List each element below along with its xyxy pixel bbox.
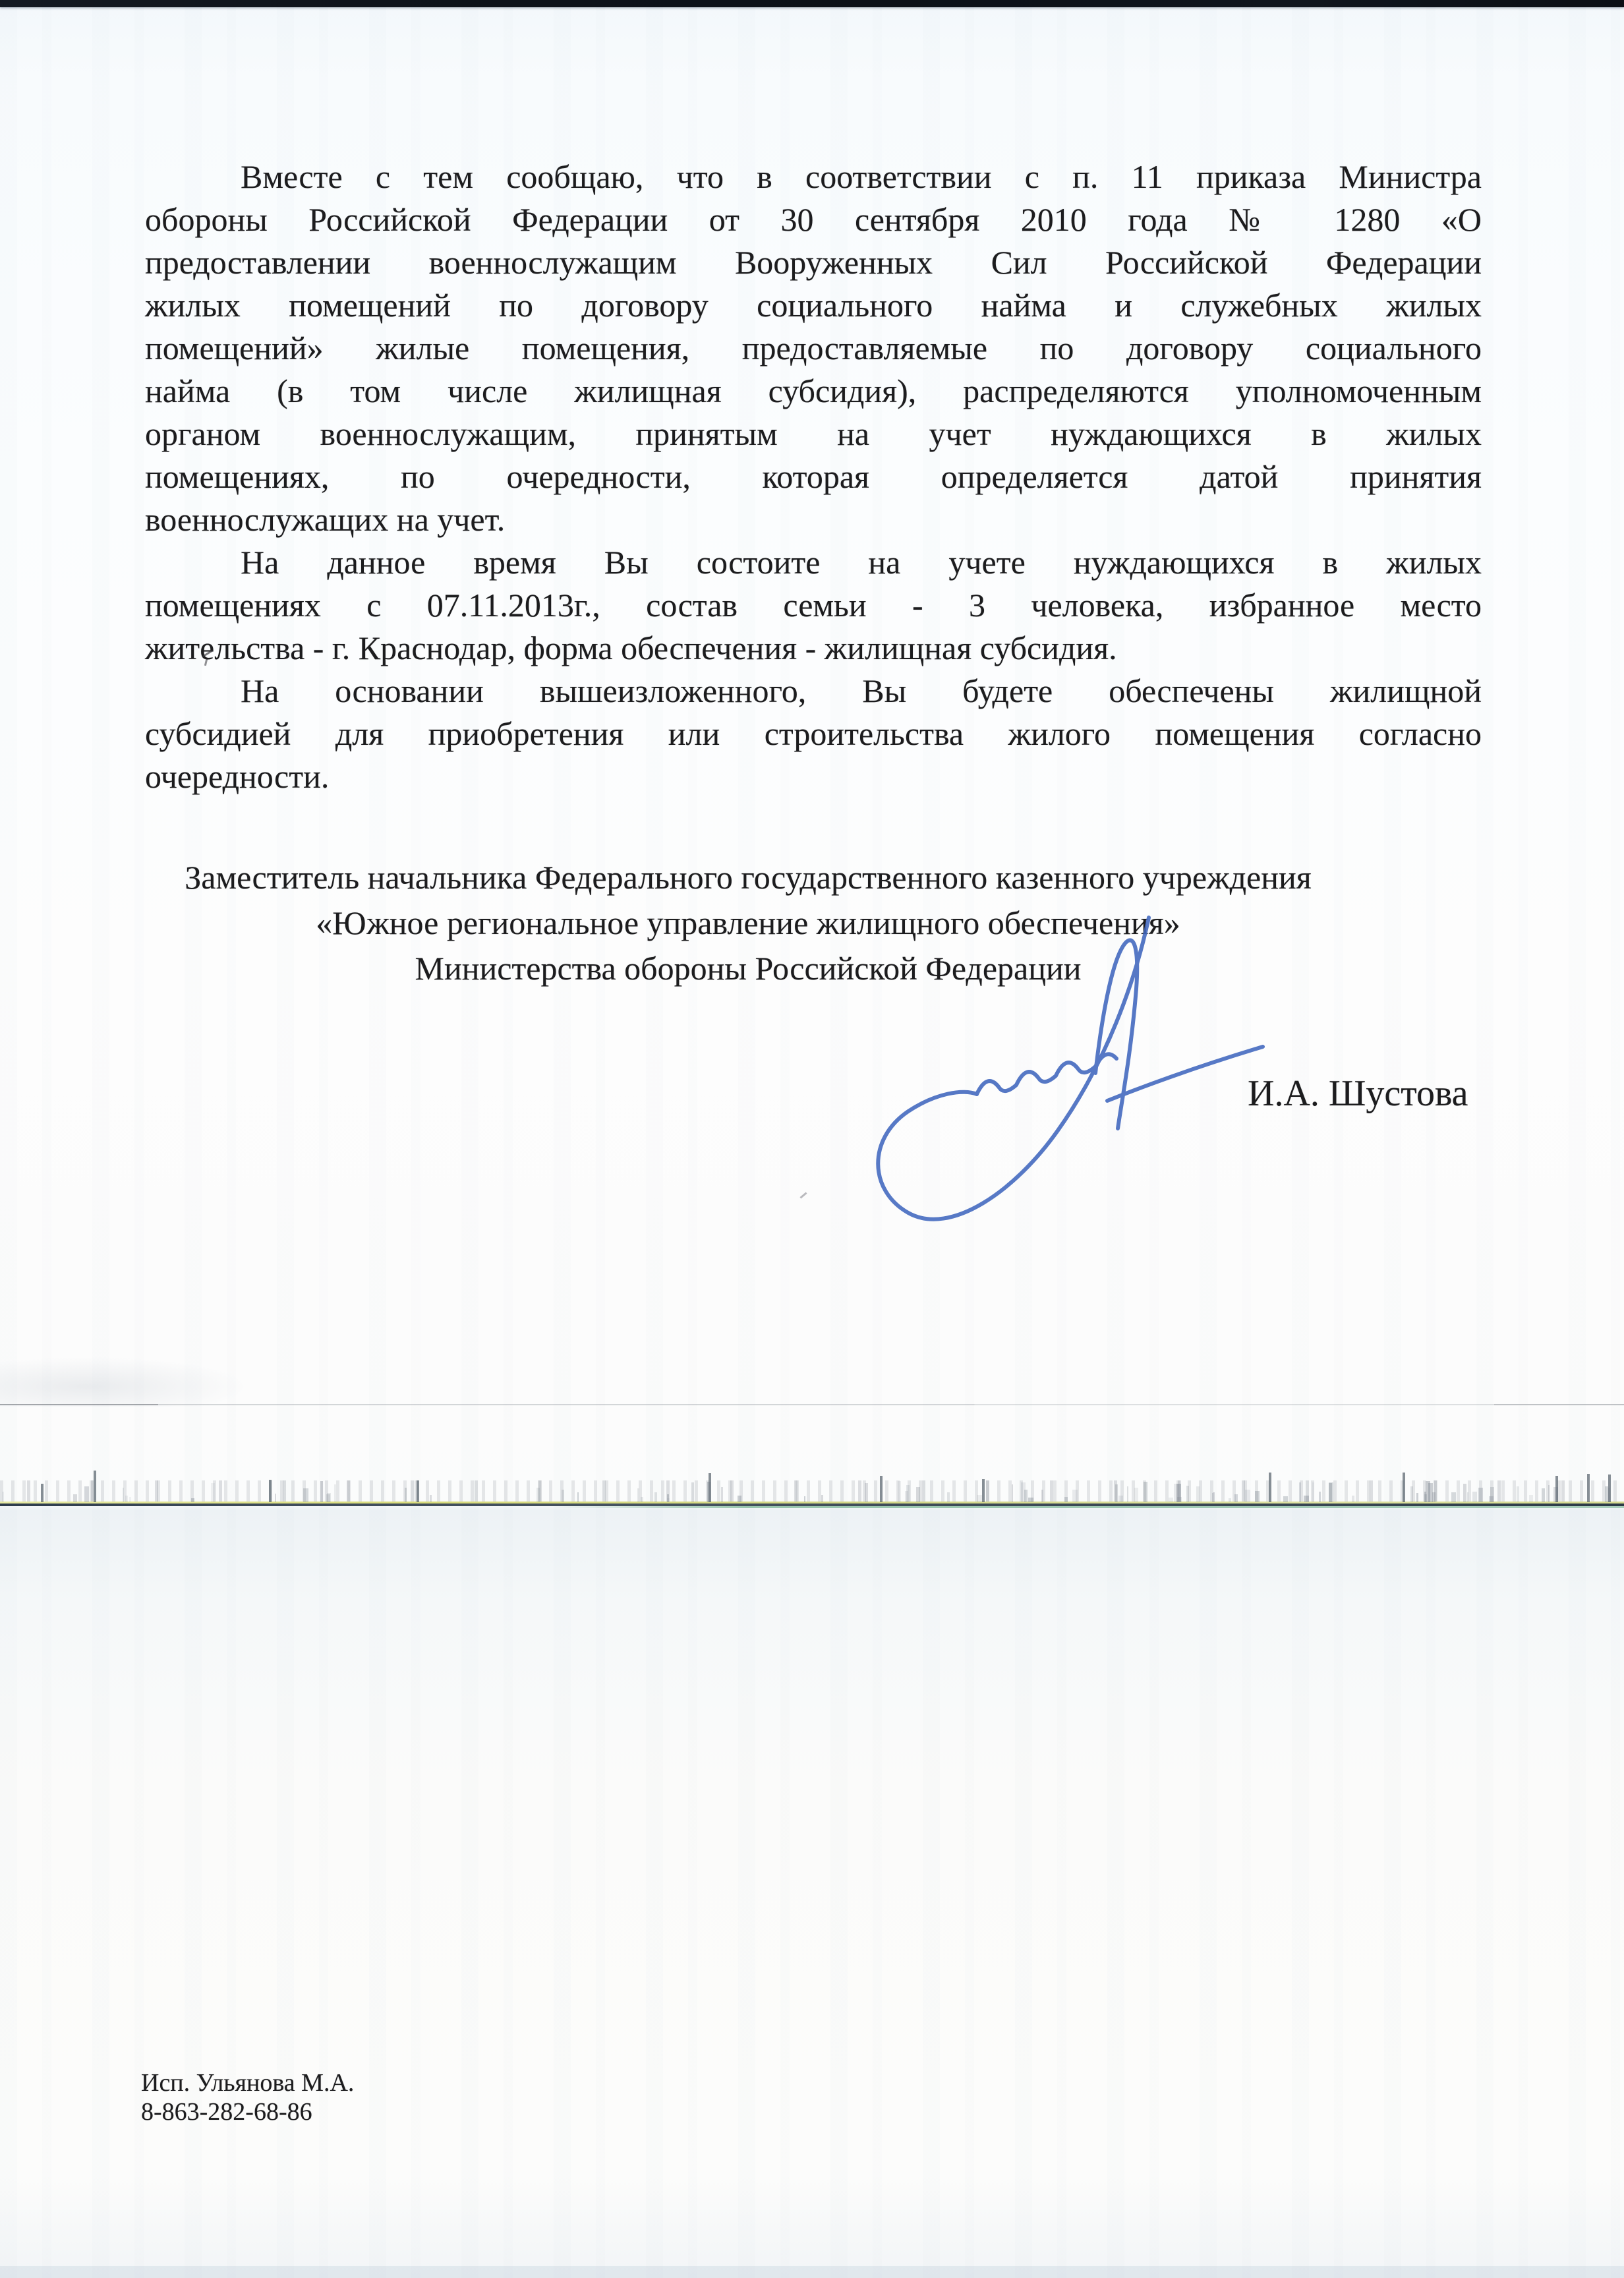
- text-line: помещений» жилые помещения, предоставляе…: [145, 327, 1482, 370]
- scan-band-tick: [320, 1481, 323, 1502]
- scan-band-tick: [1118, 1496, 1123, 1502]
- scan-band-tick: [303, 1488, 308, 1502]
- scan-band-tick: [1424, 1494, 1427, 1502]
- scan-band-tick: [191, 1498, 194, 1502]
- scan-band-tick: [1478, 1488, 1483, 1503]
- scan-band-tick: [1234, 1494, 1238, 1502]
- scan-band-tick: [721, 1487, 723, 1502]
- scan-band-tick: [641, 1497, 643, 1502]
- text-line: На данное время Вы состоите на учете нуж…: [145, 541, 1482, 584]
- footer-phone: 8-863-282-68-86: [141, 2097, 354, 2126]
- scan-band-tick: [1432, 1492, 1435, 1502]
- scan-band-tick: [1186, 1486, 1189, 1502]
- scan-band-tick: [1329, 1483, 1332, 1502]
- text-line: помещениях, по очередности, которая опре…: [145, 455, 1482, 498]
- scan-band-tick: [1072, 1490, 1078, 1502]
- scan-band-tick: [1041, 1490, 1043, 1502]
- scan-band-tick: [1255, 1491, 1260, 1502]
- signer-name: И.А. Шустова: [1248, 1072, 1468, 1115]
- scan-band-tick: [1529, 1495, 1533, 1502]
- scan-band-tick: [947, 1492, 950, 1502]
- scan-band-green-line: [0, 1506, 1624, 1508]
- scan-band-tick: [1304, 1496, 1309, 1502]
- scan-band-tick: [691, 1482, 694, 1502]
- scan-band-tick: [430, 1495, 432, 1502]
- scan-band-tick: [1553, 1487, 1558, 1502]
- scan-band-tick: [898, 1481, 901, 1502]
- scan-band-tick: [1352, 1496, 1354, 1502]
- text-line: найма (в том числе жилищная субсидия), р…: [145, 370, 1482, 413]
- scan-band-tick: [1548, 1485, 1550, 1502]
- scan-band-tick: [982, 1479, 985, 1502]
- text-line: На основании вышеизложенного, Вы будете …: [145, 670, 1482, 713]
- scan-band-tick: [821, 1495, 823, 1502]
- scan-band-tick: [1144, 1482, 1147, 1502]
- footer-executor: Исп. Ульянова М.А.: [141, 2068, 354, 2097]
- scan-band-tick: [1416, 1493, 1418, 1502]
- scan-band-tick: [1196, 1486, 1200, 1502]
- scan-band-tick: [94, 1471, 96, 1502]
- scan-band-tick: [1608, 1488, 1610, 1502]
- text-line: помещениях с 07.11.2013г., состав семьи …: [145, 584, 1482, 627]
- scan-band-tick: [1517, 1486, 1519, 1502]
- scan-band-tick: [577, 1492, 579, 1502]
- scan-band-tick: [1312, 1482, 1314, 1502]
- scan-band-tick: [405, 1488, 407, 1502]
- scan-band-tick: [1269, 1473, 1271, 1502]
- scan-bottom-edge-artifact: [0, 2266, 1624, 2278]
- scan-band-tick: [1127, 1486, 1128, 1502]
- scan-band-tick: [1229, 1498, 1231, 1502]
- scan-band-tick: [1410, 1486, 1413, 1502]
- scan-band-tick: [84, 1486, 89, 1502]
- text-line: субсидией для приобретения или строитель…: [145, 713, 1482, 755]
- scan-top-edge-artifact: [0, 0, 1624, 7]
- scan-band-tick: [211, 1483, 215, 1502]
- scan-band-tick: [1245, 1490, 1250, 1502]
- scan-band-tick: [2, 1492, 4, 1502]
- scan-band-tick: [637, 1488, 639, 1502]
- scan-band-tick: [1403, 1473, 1405, 1502]
- scan-band-tick: [129, 1497, 131, 1502]
- scan-band-tick: [1587, 1474, 1590, 1502]
- text-line: жилых помещений по договору социального …: [145, 284, 1482, 327]
- scan-band-tick: [562, 1490, 564, 1502]
- scan-band-tick: [41, 1484, 43, 1502]
- scan-band-tick: [73, 1494, 77, 1502]
- scan-band-tick: [865, 1483, 868, 1502]
- scan-band-tick: [1283, 1496, 1288, 1502]
- scan-band-tick: [125, 1496, 128, 1502]
- scan-band-tick: [738, 1496, 741, 1502]
- scan-band-tick: [1169, 1498, 1173, 1502]
- scanned-letter-page: Вместе с тем сообщаю, что в соответствии…: [0, 0, 1624, 2278]
- scan-band-tick: [1028, 1498, 1033, 1502]
- scan-band-tick: [1319, 1492, 1321, 1502]
- scan-band-tick: [1605, 1486, 1608, 1502]
- scan-band-tick: [1467, 1492, 1468, 1503]
- text-line: Вместе с тем сообщаю, что в соответствии…: [145, 156, 1482, 198]
- scan-band-tick: [326, 1494, 330, 1502]
- text-line: органом военнослужащим, принятым на учет…: [145, 413, 1482, 455]
- handwritten-signature: [797, 896, 1298, 1252]
- scan-band-tick: [123, 1488, 124, 1502]
- scan-band-tick: [1174, 1484, 1178, 1502]
- text-line: жительства - г. Краснодар, форма обеспеч…: [145, 627, 1482, 670]
- text-line: обороны Российской Федерации от 30 сентя…: [145, 198, 1482, 241]
- letter-body: Вместе с тем сообщаю, что в соответствии…: [145, 156, 1482, 798]
- scan-band-tick: [1115, 1484, 1118, 1502]
- scan-band-tick: [906, 1485, 910, 1502]
- text-line: предоставлении военнослужащим Вооруженны…: [145, 241, 1482, 284]
- scan-band-tick: [275, 1494, 276, 1502]
- scan-band-tick: [1463, 1484, 1466, 1502]
- scan-band-tick: [417, 1480, 419, 1502]
- scan-band-tick: [880, 1476, 883, 1502]
- scan-band-tick: [916, 1487, 920, 1502]
- scan-band-tick: [804, 1496, 805, 1502]
- scan-band-tick: [1299, 1482, 1301, 1502]
- scan-band-tick: [667, 1494, 669, 1502]
- scan-smudge-artifact: [0, 1357, 250, 1407]
- text-line: очередности.: [145, 755, 1482, 798]
- scan-line-artifact: [0, 1404, 1624, 1405]
- scan-band-tick: [654, 1492, 657, 1502]
- scan-band-tick: [1542, 1488, 1545, 1502]
- scan-band-tick: [1451, 1492, 1456, 1502]
- scan-band-tick: [1213, 1492, 1215, 1502]
- scan-band-tick: [1490, 1487, 1494, 1502]
- footer-block: Исп. Ульянова М.А. 8-863-282-68-86: [141, 2068, 354, 2126]
- scan-band-artifact: [0, 1475, 1624, 1508]
- scan-band-ticks: [0, 1480, 1624, 1503]
- text-line: военнослужащих на учет.: [145, 498, 1482, 541]
- scan-band-tick: [1012, 1484, 1013, 1502]
- signoff-title-line: Заместитель начальника Федерального госу…: [80, 855, 1416, 900]
- scan-band-tick: [334, 1484, 336, 1502]
- scan-band-tick: [1064, 1497, 1068, 1502]
- scan-band-tick: [707, 1482, 710, 1502]
- scan-band-tick: [1134, 1488, 1138, 1502]
- scan-band-tick: [977, 1495, 982, 1502]
- scan-band-tick: [269, 1480, 272, 1502]
- scan-band-tick: [1472, 1492, 1477, 1502]
- scan-band-tick: [536, 1488, 540, 1502]
- scan-band-tick: [1021, 1482, 1026, 1502]
